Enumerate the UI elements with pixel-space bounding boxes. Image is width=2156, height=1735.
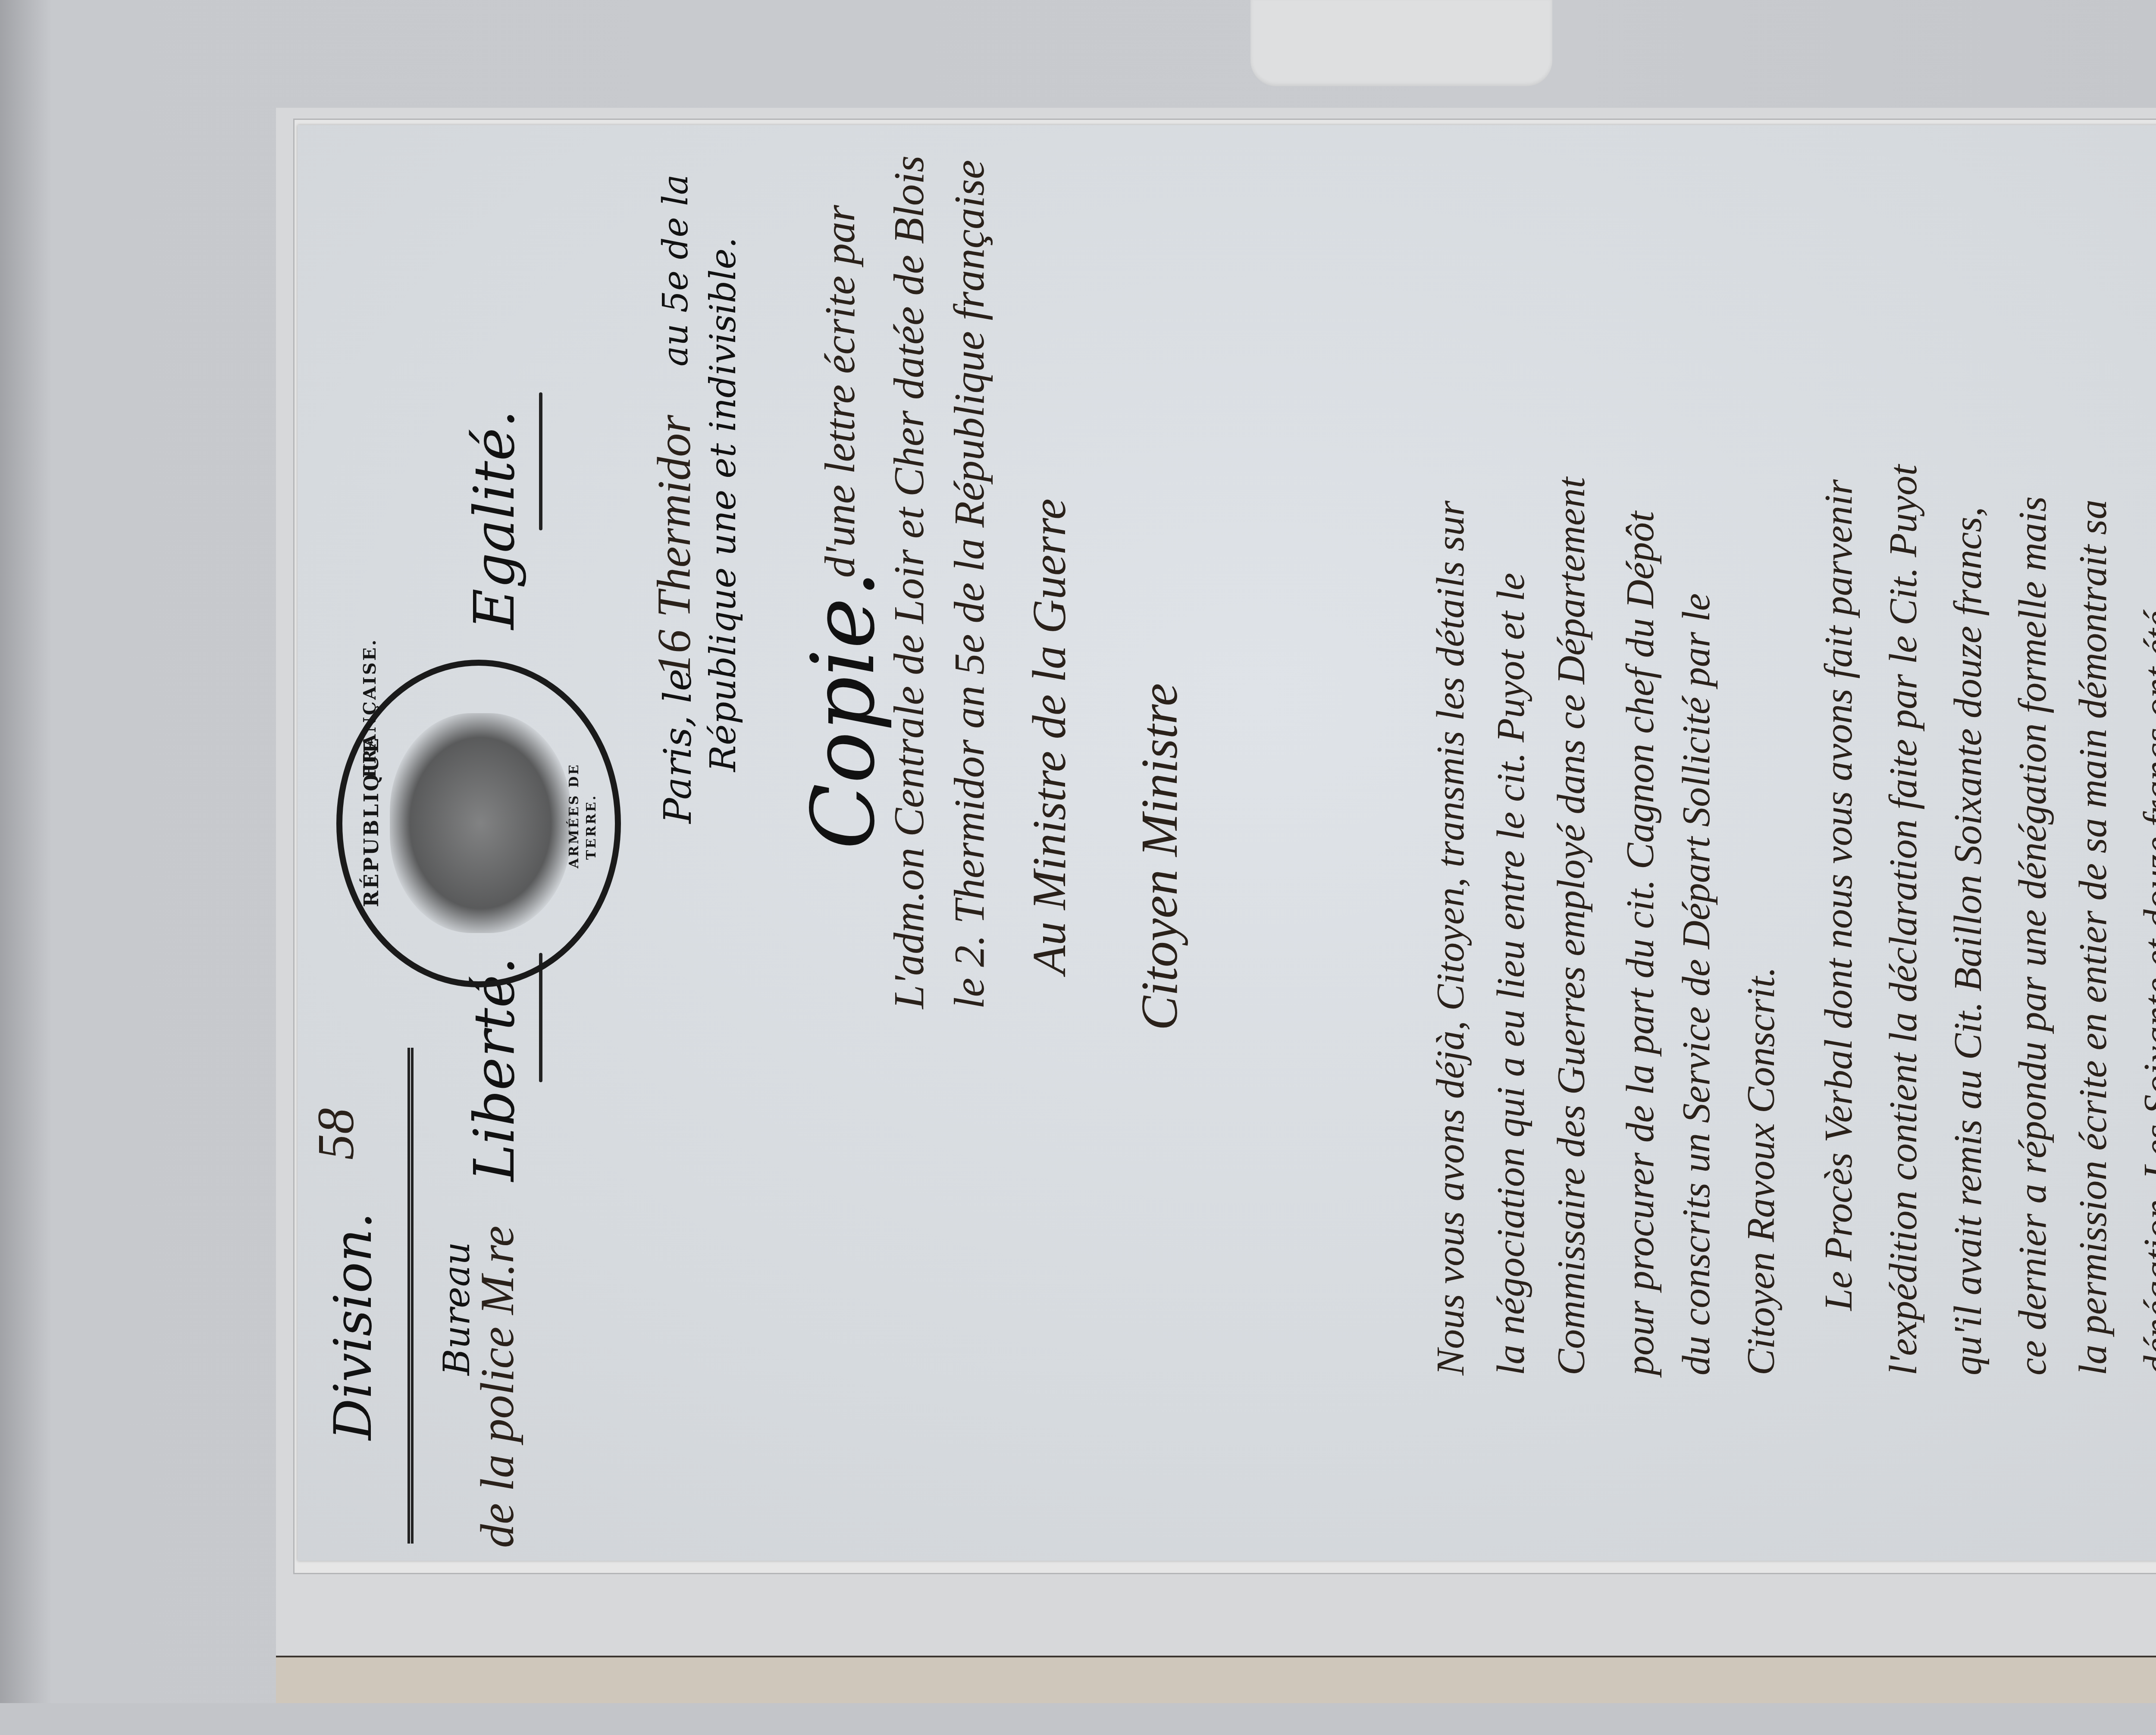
body-line: la permission écrite en entier de sa mai…: [2070, 500, 2115, 1375]
intro-line-2: le 2. Thermidor an 5e de la République f…: [944, 160, 994, 1009]
body-line: Citoyen Ravoux Conscrit.: [1738, 967, 1783, 1375]
body-line: ce dernier a répondu par une dénégation …: [2009, 496, 2055, 1375]
body-line: la négociation qui a eu lieu entre le ci…: [1488, 573, 1533, 1375]
division-rule: [407, 1048, 414, 1544]
intro-line-1: L'adm.on Centrale de Loir et Cher datée …: [884, 155, 934, 1009]
seal-text-top: FRANÇAISE.: [360, 638, 380, 778]
seal-inner-line1: ARMÉES DE: [567, 763, 582, 868]
document-title: Copie.: [793, 570, 894, 849]
document-sheet: Division. Bureau de la police M.re 58 Li…: [298, 125, 2156, 1561]
motto-egalite: Egalité.: [461, 410, 527, 629]
republic-line: République une et indivisible.: [703, 237, 744, 772]
seal-figure-icon: [390, 713, 571, 933]
addressee: Au Ministre de la Guerre: [1022, 498, 1077, 974]
place-date-printed: Paris, le: [655, 669, 700, 824]
salutation: Citoyen Ministre: [1130, 683, 1189, 1030]
egalite-brace: [539, 392, 542, 530]
division-label: Division.: [323, 1212, 383, 1440]
body-line: qu'il avait remis au Cit. Baillon Soixan…: [1945, 507, 1990, 1375]
seal-inner-line2: TERRE.: [584, 794, 599, 860]
album-base: [0, 1703, 2156, 1735]
motto-liberte: Liberté.: [461, 957, 527, 1181]
body-line: dénégation. Les Soixante et douze francs…: [2134, 611, 2156, 1375]
album-edge: [276, 1656, 2156, 1705]
year-printed: au 5e de la: [655, 174, 696, 366]
body-line: l'expédition contient la déclaration fai…: [1880, 465, 1926, 1375]
body-line: Nous vous avons déjà, Citoyen, transmis …: [1427, 501, 1473, 1375]
body-line: pour procurer de la part du cit. Cagnon …: [1617, 511, 1663, 1375]
document-subtitle: d'une lettre écrite par: [815, 205, 865, 578]
bureau-handwritten: de la police M.re: [470, 1226, 525, 1548]
date-handwritten: 16 Thermidor: [647, 415, 702, 677]
shadow: [0, 0, 52, 1735]
folio-number: 58: [306, 1108, 366, 1160]
body-line: Commissaire des Guerres employé dans ce …: [1548, 477, 1594, 1375]
republic-seal: RÉPUBLIQUE FRANÇAISE. ARMÉES DE TERRE.: [336, 660, 621, 987]
mount-tab: [1250, 0, 1552, 86]
body-line: du conscrits un Service de Départ Sollic…: [1673, 593, 1719, 1375]
body-line: Le Procès Verbal dont nous vous avons fa…: [1815, 479, 1861, 1311]
liberte-brace: [539, 953, 542, 1082]
